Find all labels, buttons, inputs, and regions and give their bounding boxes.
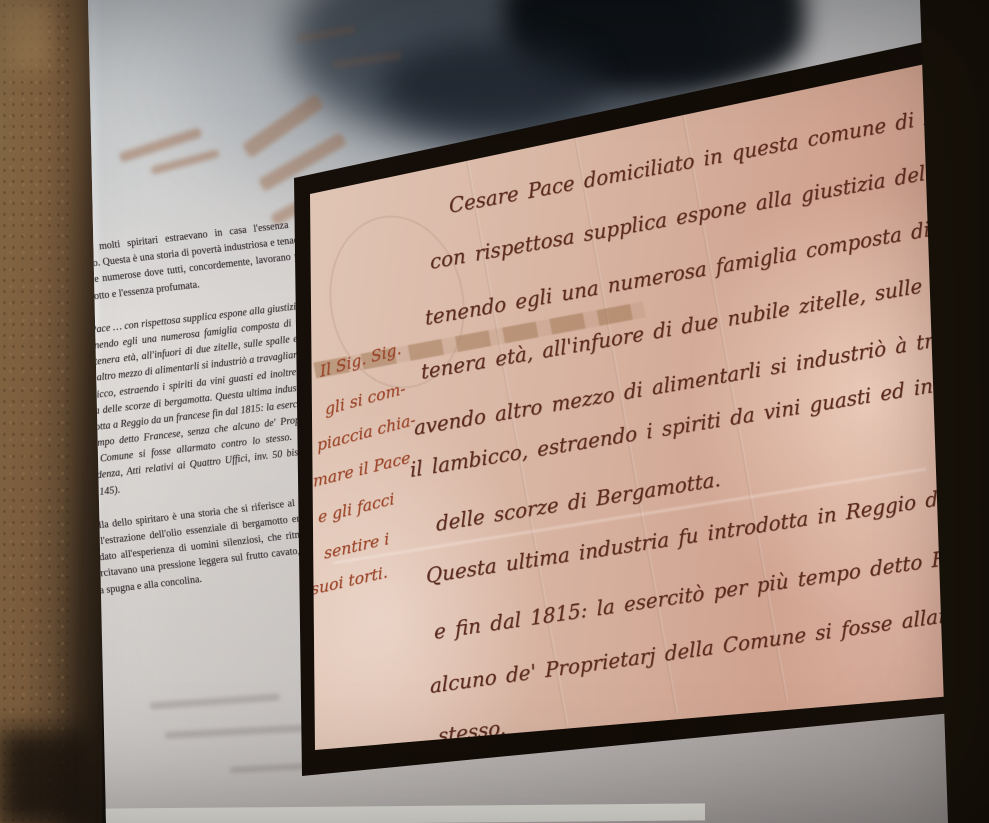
camera-shadow: [380, 40, 600, 130]
wall-shadow-patch: [0, 730, 95, 823]
wall-highlight-patch: [0, 0, 48, 70]
wall-speckle-texture: [0, 0, 70, 823]
museum-display-photo: Nel 1820 molti spiritari estraevano in c…: [0, 0, 989, 823]
exhibit-caption-quote: Cesare Pace … con rispettosa supplica es…: [59, 297, 332, 503]
